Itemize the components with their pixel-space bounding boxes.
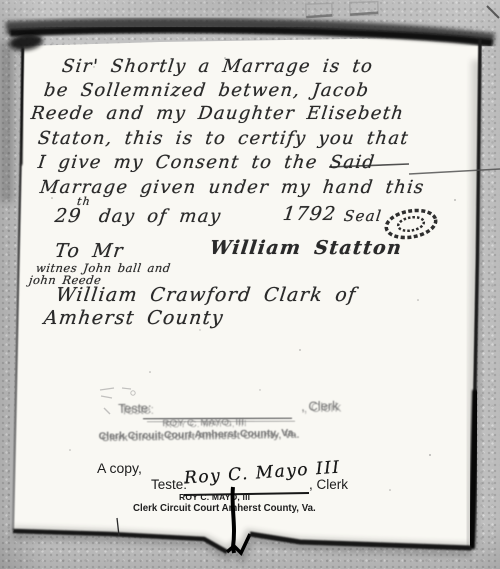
tear-mark	[233, 487, 234, 553]
scan-defects	[0, 0, 500, 569]
scanned-document: Sir' Shortly a Marrage is to be Sollemni…	[0, 0, 500, 569]
